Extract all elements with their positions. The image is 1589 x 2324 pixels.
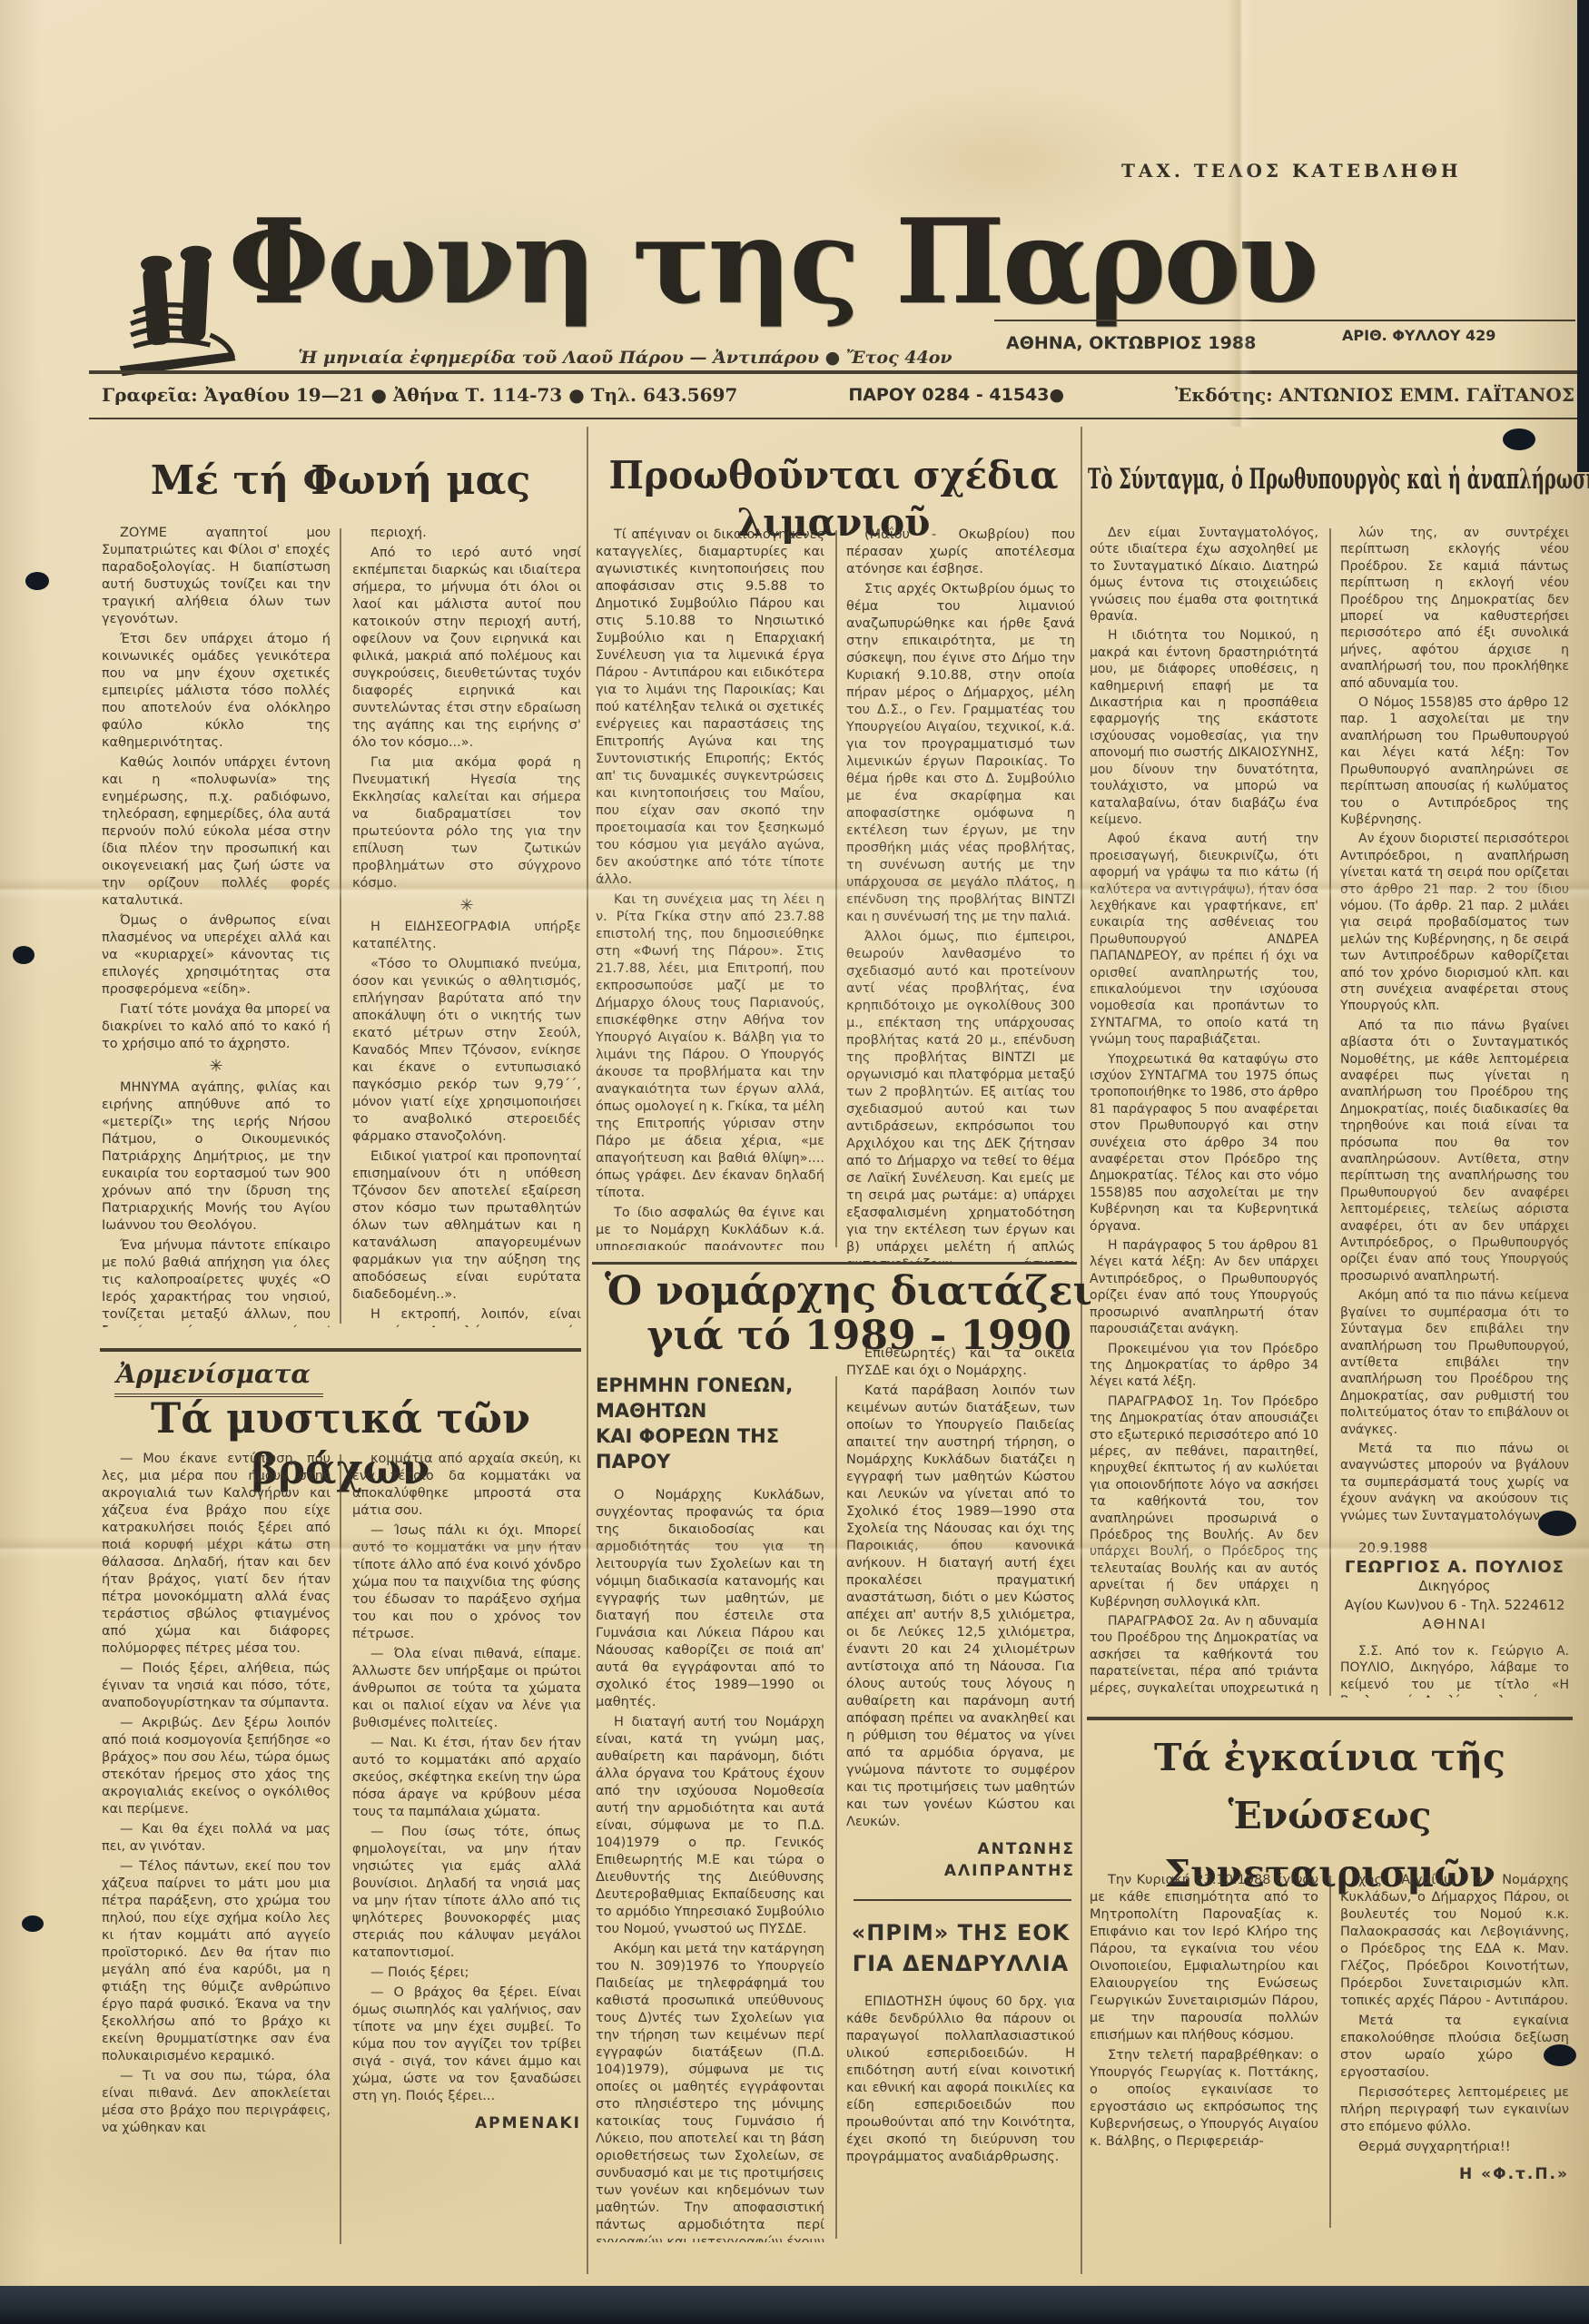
paragraph: Μετά τα πιο πάνω οι αναγνώστες μπορούν ν… [1340, 1441, 1569, 1524]
headline-prim-line2: ΓΙΑ ΔΕΝΔΡΥΛΛΙΑ [846, 1948, 1075, 1979]
scanner-background [0, 2286, 1589, 2324]
paragraph: χης Αιγαίου, ο Νομάρχης Κυκλάδων, ο Δήμα… [1340, 1872, 1569, 2010]
prefect-subhead-line1: ΕΡΗΜΗΝ ΓΟΝΕΩΝ, ΜΑΘΗΤΩΝ [596, 1373, 824, 1423]
voice-right-a: περιοχή.Από το ιερό αυτό νησί εκπέμπεται… [352, 525, 581, 892]
paragraph: ΜΗΝΥΜΑ αγάπης, φιλίας και ειρήνης απηύθυ… [102, 1079, 331, 1235]
constitution-right: λών της, αν συντρέχει περίπτωση εκλογής … [1340, 525, 1569, 1524]
paragraph: (Μαΐου - Οκωβρίου) που πέρασαν χωρίς απο… [846, 527, 1075, 578]
paragraph: Αφού έκανα αυτή την προεισαγωγή, διευκρι… [1090, 831, 1318, 1048]
paragraph: — Ποιός ξέρει, αλήθεια, πώς έγιναν τα νη… [102, 1660, 331, 1712]
prefect-subcolumn-rule [835, 1376, 837, 2239]
prefect-column-left: ΕΡΗΜΗΝ ΓΟΝΕΩΝ, ΜΑΘΗΤΩΝ ΚΑΙ ΦΟΡΕΩΝ ΤΗΣ ΠΑ… [596, 1373, 824, 2242]
section-rule-col3 [1087, 1717, 1573, 1720]
punch-hole [13, 946, 35, 964]
paragraph: — Ακριβώς. Δεν ξέρω λοιπόν από ποιά κοσμ… [102, 1715, 331, 1818]
headline-prim: «ΠΡΙΜ» ΤΗΣ ΕΟΚ ΓΙΑ ΔΕΝΔΡΥΛΛΙΑ [846, 1917, 1075, 1979]
rocks-left: — Μου έκανε εντύπωση, που λες, μια μέρα … [102, 1451, 331, 2137]
paragraph: Ακόμη από τα πιο πάνω κείμενα βγαίνει το… [1340, 1287, 1569, 1438]
punch-hole [1538, 1511, 1576, 1536]
headline-constitution-text: Τὸ Σύνταγμα, ὁ Πρωθυπουργὸς καὶ ἡ ἀναπλή… [1088, 461, 1589, 497]
paragraph: Θερμά συγχαρητήρια!! [1340, 2139, 1569, 2156]
paragraph: Η ΕΙΔΗΣΕΟΓΡΑΦΙΑ υπήρξε καταπέλτης. [352, 919, 581, 953]
paros-phone: ΠΑΡΟΥ 0284 - 41543● [848, 383, 1064, 407]
paragraph: Υποχρεωτικά θα καταφύγω στο ισχύον ΣΥΝΤΑ… [1090, 1051, 1318, 1235]
prefect-subhead: ΕΡΗΜΗΝ ΓΟΝΕΩΝ, ΜΑΘΗΤΩΝ ΚΑΙ ΦΟΡΕΩΝ ΤΗΣ ΠΑ… [596, 1373, 824, 1474]
prefect-right: Επιθεωρητές) και τα οικεία ΠΥΣΔΕ και όχι… [846, 1345, 1075, 1831]
paragraph: Την Κυριακή 23.10.1988 έγιναν με κάθε επ… [1090, 1872, 1318, 2044]
section-rule-col1 [100, 1348, 581, 1352]
paragraph: Ειδικοί γιατροί και προπονηταί επισημαίν… [352, 1148, 581, 1304]
paragraph: — Ναι. Κι έτσι, ήταν δεν ήταν αυτό το κο… [352, 1735, 581, 1821]
paragraph: — Ο βράχος θα ξέρει. Είναι όμως σιωπηλός… [352, 1984, 581, 2105]
paragraph: — Ποιός ξέρει; [352, 1965, 581, 1982]
constitution-column-right: λών της, αν συντρέχει περίπτωση εκλογής … [1340, 525, 1569, 1698]
prim-body: ΕΠΙΔΟΤΗΣΗ ύψους 60 δρχ. για κάθε δενδρύλ… [846, 1994, 1075, 2166]
paragraph: — Ίσως πάλι κι όχι. Μπορεί αυτό το κομμα… [352, 1522, 581, 1643]
constitution-column-left: Δεν είμαι Συνταγματολόγος, ούτε ιδιαίτερ… [1090, 525, 1318, 1698]
paragraph: ΠΑΡΑΓΡΑΦΟΣ 1η. Τον Πρόεδρο της Δημοκρατί… [1090, 1393, 1318, 1610]
voice-right-b: Η ΕΙΔΗΣΕΟΓΡΑΦΙΑ υπήρξε καταπέλτης.«Τόσο … [352, 919, 581, 1327]
paragraph: Τί απέγιναν οι δικαιολογημένες καταγγελί… [596, 527, 824, 889]
punch-hole [1503, 428, 1535, 450]
constitution-subcolumn-rule [1329, 528, 1331, 1696]
header-rule-top-right [994, 320, 1575, 321]
port-column-left: Τί απέγιναν οι δικαιολογημένες καταγγελί… [596, 527, 824, 1250]
paragraph: Το ίδιο ασφαλώς θα έγινε και με το Νομάρ… [596, 1205, 824, 1250]
paragraph: Έτσι δεν υπάρχει άτομο ή κοινωνικές ομάδ… [102, 631, 331, 752]
rocks-column-left: — Μου έκανε εντύπωση, που λες, μια μέρα … [102, 1451, 331, 2248]
punch-hole [1544, 2044, 1576, 2066]
paragraph: περιοχή. [352, 525, 581, 542]
signature-city: ΑΘΗΝΑΙ [1340, 1615, 1569, 1634]
paragraph: ΖΟΥΜΕ αγαπητοί μου Συμπατριώτες και Φίλο… [102, 525, 331, 628]
paragraph: Επιθεωρητές) και τα οικεία ΠΥΣΔΕ και όχι… [846, 1345, 1075, 1380]
newspaper-title: Φωνη της Παρου [216, 194, 1328, 330]
paragraph: Περισσότερες λεπτομέρειες με πλήρη περιγ… [1340, 2084, 1569, 2136]
byline-ftp: Η «Φ.τ.Π.» [1340, 2163, 1569, 2185]
offices-address: Γραφεῖα: Ἀγαθίου 19—21 ● Ἀθήνα Τ. 114-73… [102, 383, 737, 407]
postage-paid-label: ΤΑΧ. ΤΕΛΟΣ ΚΑΤΕΒΛΗΘΗ [1121, 160, 1575, 182]
paragraph: Μετά τα εγκαίνια επακολούθησε πλούσια δε… [1340, 2013, 1569, 2082]
newspaper-scan-page: ΤΑΧ. ΤΕΛΟΣ ΚΑΤΕΒΛΗΘΗ Φωνη της Παρου Ἡ μη… [0, 0, 1589, 2324]
paragraph: — Και θα έχει πολλά να μας πει, αν γινότ… [102, 1821, 331, 1856]
paragraph: Καθώς λοιπόν υπάρχει έντονη και η «πολυφ… [102, 754, 331, 910]
punch-hole [25, 572, 49, 590]
signature-address: Αγίου Κων)νου 6 - Τηλ. 5224612 [1340, 1596, 1569, 1615]
paragraph: ΠΑΡΑΓΡΑΦΟΣ 2α. Αν η αδυναμία του Προέδρο… [1090, 1613, 1318, 1698]
rocks-right: κομμάτια από αρχαία σκεύη, κι ένα τέτοιο… [352, 1451, 581, 2105]
header-rule-thin [89, 418, 1577, 419]
paragraph: — Μου έκανε εντύπωση, που λες, μια μέρα … [102, 1451, 331, 1658]
paragraph: Η εκτροπή, λοιπόν, είναι φανερή. Ασφαλώς… [352, 1306, 581, 1327]
scanner-edge [1577, 0, 1589, 472]
address-row: Γραφεῖα: Ἀγαθίου 19—21 ● Ἀθήνα Τ. 114-73… [102, 383, 1574, 407]
paragraph: — Που ίσως τότε, όπως φημολογείται, να μ… [352, 1824, 581, 1962]
port-left: Τί απέγιναν οι δικαιολογημένες καταγγελί… [596, 527, 824, 1250]
signature-name: ΓΕΩΡΓΙΟΣ Α. ΠΟΥΛΙΟΣ [1340, 1558, 1569, 1577]
paragraph: Άλλοι όμως, πιο έμπειροι, θεωρούν λανθασ… [846, 929, 1075, 1264]
port-subcolumn-rule [835, 530, 837, 1247]
rocks-subcolumn-rule [340, 1454, 341, 2244]
voice-left-b: ΜΗΝΥΜΑ αγάπης, φιλίας και ειρήνης απηύθυ… [102, 1079, 331, 1327]
issue-place-date: ΑΘΗΝΑ, ΟΚΤΩΒΡΙΟΣ 1988 [1006, 332, 1256, 354]
paragraph: Κατά παράβαση λοιπόν των κειμένων αυτών … [846, 1383, 1075, 1831]
inauguration-right: χης Αιγαίου, ο Νομάρχης Κυκλάδων, ο Δήμα… [1340, 1872, 1569, 2156]
paragraph: Από το ιερό αυτό νησί εκπέμπεται διαρκώς… [352, 545, 581, 752]
paragraph: ΕΠΙΔΟΤΗΣΗ ύψους 60 δρχ. για κάθε δενδρύλ… [846, 1994, 1075, 2166]
byline-armenaki: ΑΡΜΕΝΑΚΙ [352, 2112, 581, 2134]
paragraph: Στις αρχές Οκτωβρίου όμως το θέμα του λι… [846, 581, 1075, 926]
headline-constitution: Τὸ Σύνταγμα, ὁ Πρωθυπουργὸς καὶ ἡ ἀναπλή… [1088, 461, 1573, 497]
header-rule-thick [89, 370, 1577, 374]
paragraph: Στην τελετή παραβρέθηκαν: ο Υπουργός Γεω… [1090, 2047, 1318, 2151]
port-column-right: (Μαΐου - Οκωβρίου) που πέρασαν χωρίς απο… [846, 527, 1075, 1264]
paragraph: Η διαταγή αυτή του Νομάρχη είναι, κατά τ… [596, 1714, 824, 1938]
issue-number: ΑΡΙΘ. ΦΥΛΛΟΥ 429 [1342, 327, 1578, 345]
punch-hole [22, 1915, 44, 1932]
kicker-armenismata: Ἀρμενίσματα [114, 1360, 323, 1397]
paragraph: Ακόμη και μετά την κατάργηση του Ν. 309)… [596, 1941, 824, 2242]
inauguration-column-right: χης Αιγαίου, ο Νομάρχης Κυκλάδων, ο Δήμα… [1340, 1872, 1569, 2253]
voice-subcolumn-rule [340, 528, 341, 1324]
inauguration-column-left: Την Κυριακή 23.10.1988 έγιναν με κάθε επ… [1090, 1872, 1318, 2235]
paragraph: — Τι να σου πω, τώρα, όλα είναι πιθανά. … [102, 2068, 331, 2137]
headline-voice: Μέ τή Φωνή μας [102, 458, 579, 505]
prefect-subhead-line2: ΚΑΙ ΦΟΡΕΩΝ ΤΗΣ ΠΑΡΟΥ [596, 1423, 824, 1474]
voice-left-a: ΖΟΥΜΕ αγαπητοί μου Συμπατριώτες και Φίλο… [102, 525, 331, 1053]
paragraph: Γιατί τότε μονάχα θα μπορεί να διακρίνει… [102, 1001, 331, 1053]
publisher: Ἐκδότης: ΑΝΤΩΝΙΟΣ ΕΜΜ. ΓΑΪΤΑΝΟΣ [1175, 383, 1574, 407]
paragraph: κομμάτια από αρχαία σκεύη, κι ένα τέτοιο… [352, 1451, 581, 1520]
paragraph: Όμως ο άνθρωπος είναι πλασμένος να υπερέ… [102, 912, 331, 999]
prefect-column-right: Επιθεωρητές) και τα οικεία ΠΥΣΔΕ και όχι… [846, 1345, 1075, 1890]
editor-note: Σ.Σ. Από τον κ. Γεώργιο Α. ΠΟΥΛΙΟ, Δικηγ… [1340, 1643, 1569, 1698]
inauguration-subcolumn-rule [1329, 1876, 1331, 2228]
headline-inauguration-line1: Τά ἐγκαίνια τῆς Ἑνώσεως [1087, 1728, 1573, 1845]
column-rule-2 [1081, 427, 1082, 2274]
paragraph: Αν έχουν διοριστεί περισσότεροι Αντιπρόε… [1340, 831, 1569, 1014]
inauguration-left: Την Κυριακή 23.10.1988 έγιναν με κάθε επ… [1090, 1872, 1318, 2151]
headline-prefect-line1: Ὁ νομάρχης διατάζει [605, 1269, 1092, 1315]
prim-rule [854, 1899, 1071, 1901]
column-rule-1 [587, 427, 588, 2274]
constitution-left: Δεν είμαι Συνταγματολόγος, ούτε ιδιαίτερ… [1090, 525, 1318, 1698]
voice-column-right: περιοχή.Από το ιερό αυτό νησί εκπέμπεται… [352, 525, 581, 1327]
rocks-column-right: κομμάτια από αρχαία σκεύη, κι ένα τέτοιο… [352, 1451, 581, 2248]
prefect-left: Ο Νομάρχης Κυκλάδων, συγχέοντας προφανώς… [596, 1487, 824, 2242]
headline-prim-line1: «ΠΡΙΜ» ΤΗΣ ΕΟΚ [846, 1917, 1075, 1948]
port-right: (Μαΐου - Οκωβρίου) που πέρασαν χωρίς απο… [846, 527, 1075, 1264]
paragraph: Η παράγραφος 5 του άρθρου 81 λέγει κατά … [1090, 1237, 1318, 1337]
paragraph: Ένα μήνυμα πάντοτε επίκαιρο με πολύ βαθι… [102, 1237, 331, 1327]
paragraph: Προκειμένου για τον Πρόεδρο της Δημοκρατ… [1090, 1341, 1318, 1391]
paragraph: — Όλα είναι πιθανά, είπαμε. Άλλωστε δεν … [352, 1646, 581, 1732]
paragraph: — Τέλος πάντων, εκεί που τον χάζευα παίρ… [102, 1858, 331, 2065]
paragraph: Δεν είμαι Συνταγματολόγος, ούτε ιδιαίτερ… [1090, 525, 1318, 625]
signature-date: 20.9.1988 [1340, 1539, 1569, 1558]
paragraph: Για μια ακόμα φορά η Πνευματική Ηγεσία τ… [352, 754, 581, 892]
prim-column: «ΠΡΙΜ» ΤΗΣ ΕΟΚ ΓΙΑ ΔΕΝΔΡΥΛΛΙΑ ΕΠΙΔΟΤΗΣΗ … [846, 1917, 1075, 2244]
paragraph: Και τη συνέχεια μας τη λέει η ν. Ρίτα Γκ… [596, 891, 824, 1202]
paragraph: Ο Νομάρχης Κυκλάδων, συγχέοντας προφανώς… [596, 1487, 824, 1711]
star-divider: ✳ [102, 1057, 331, 1076]
paragraph: Η ιδιότητα του Νομικού, η μακρά και έντο… [1090, 627, 1318, 828]
paragraph: Από τα πιο πάνω βγαίνει αβίαστα ότι ο Συ… [1340, 1018, 1569, 1285]
section-rule-col2 [592, 1262, 1077, 1265]
voice-column-left: ΖΟΥΜΕ αγαπητοί μου Συμπατριώτες και Φίλο… [102, 525, 331, 1327]
paragraph: λών της, αν συντρέχει περίπτωση εκλογής … [1340, 525, 1569, 692]
signature-role: Δικηγόρος [1340, 1577, 1569, 1596]
byline-aliprantis: ΑΝΤΩΝΗΣ ΑΛΙΠΡΑΝΤΗΣ [846, 1838, 1075, 1882]
star-divider: ✳ [352, 896, 581, 915]
newspaper-subtitle: Ἡ μηνιαία ἐφημερίδα τοῦ Λαοῦ Πάρου — Ἀντ… [242, 347, 1009, 369]
paragraph: Ο Νόμος 1558)85 στο άρθρο 12 παρ. 1 ασχο… [1340, 694, 1569, 828]
paragraph: «Τόσο το Ολυμπιακό πνεύμα, όσον και γενι… [352, 956, 581, 1146]
signature-block-poulios: 20.9.1988 ΓΕΩΡΓΙΟΣ Α. ΠΟΥΛΙΟΣ Δικηγόρος … [1340, 1539, 1569, 1634]
